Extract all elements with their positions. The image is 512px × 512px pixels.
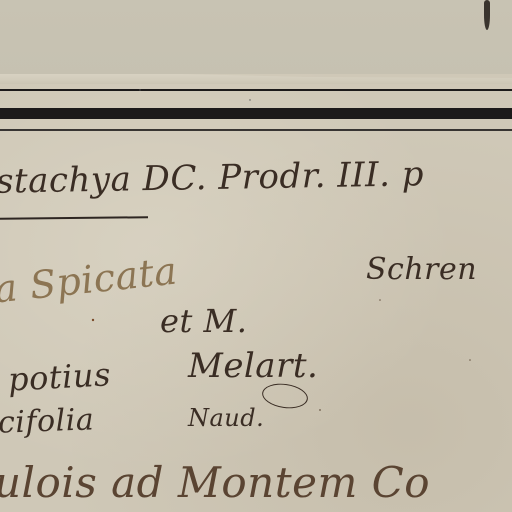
herbarium-label-scan: stachya DC. Prodr. III. p a Spicata Schr… — [0, 0, 512, 512]
ink-speckles — [0, 0, 512, 512]
